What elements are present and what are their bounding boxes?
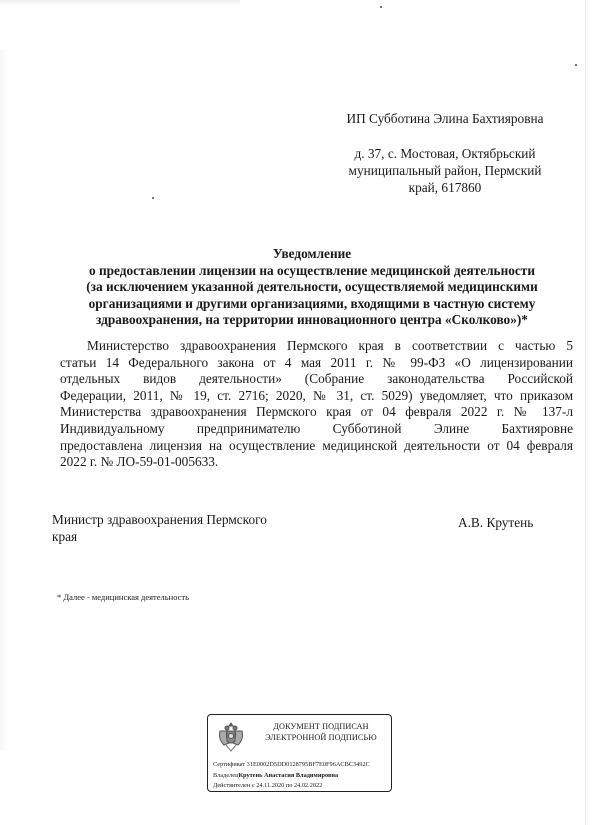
scan-speck (152, 197, 154, 199)
body-line: Министерства здравоохранения Пермского к… (60, 404, 573, 421)
electronic-signature-stamp: ДОКУМЕНТ ПОДПИСАН ЭЛЕКТРОННОЙ ПОДПИСЬЮ С… (207, 714, 392, 792)
address-line: край, 617860 (300, 179, 590, 196)
certificate-label: Сертификат (213, 761, 245, 768)
stamp-validity: Действителен с 24.11.2020 по 24.02.2022 (213, 782, 322, 789)
title-heading: Уведомление (42, 246, 582, 263)
stamp-title-line: ЭЛЕКТРОННОЙ ПОДПИСЬЮ (254, 733, 388, 744)
address-line: муниципальный район, Пермский (300, 162, 590, 179)
body-line: Индивидуальному предпринимателю Субботин… (60, 421, 573, 438)
address-line: д. 37, с. Мостовая, Октябрьский (300, 145, 590, 162)
title-line: организациями и другими организациями, в… (42, 296, 582, 313)
signatory-name: А.В. Крутень (458, 515, 533, 531)
certificate-number: 31E0002D5DD0128795BF7E0F96ACBC3492C (247, 761, 370, 768)
footnote: * Далее - медицинская деятельность (57, 592, 189, 602)
title-line: (за исключением указанной деятельности, … (42, 279, 582, 296)
scan-speck (575, 64, 577, 66)
position-line: Министр здравоохранения Пермского (52, 512, 292, 529)
owner-label: Владелец (213, 772, 238, 779)
body-line: Федерации, 2011, № 19, ст. 2716; 2020, №… (60, 388, 573, 405)
scan-speck (380, 6, 382, 8)
document-title: Уведомление о предоставлении лицензии на… (42, 246, 582, 329)
recipient-address: д. 37, с. Мостовая, Октябрьский муниципа… (300, 145, 590, 196)
notification-body: Министерство здравоохранения Пермского к… (60, 338, 573, 471)
body-line: отдельных видов деятельности» (Собрание … (60, 371, 573, 388)
body-line: предоставлена лицензия на осуществление … (60, 438, 573, 455)
stamp-owner: ВладелецКрутень Анастасия Владимировна (213, 772, 338, 779)
title-line: о предоставлении лицензии на осуществлен… (42, 263, 582, 280)
recipient-name: ИП Субботина Элина Бахтияровна (300, 110, 590, 127)
scan-shadow-left (0, 50, 8, 750)
stamp-title: ДОКУМЕНТ ПОДПИСАН ЭЛЕКТРОННОЙ ПОДПИСЬЮ (254, 722, 388, 743)
scan-shadow-top (0, 0, 240, 6)
body-line: Министерство здравоохранения Пермского к… (60, 338, 573, 355)
body-line: статьи 14 Федерального закона от 4 мая 2… (60, 355, 573, 372)
stamp-certificate: Сертификат 31E0002D5DD0128795BF7E0F96ACB… (213, 761, 370, 768)
signatory-position: Министр здравоохранения Пермского края (52, 512, 292, 545)
coat-of-arms-icon (216, 721, 246, 753)
position-line: края (52, 529, 292, 546)
owner-name: Крутень Анастасия Владимировна (238, 772, 338, 779)
stamp-title-line: ДОКУМЕНТ ПОДПИСАН (254, 722, 388, 733)
body-line: 2022 г. № ЛО-59-01-005633. (60, 454, 573, 471)
title-line: здравоохранения, на территории инновацио… (42, 312, 582, 329)
